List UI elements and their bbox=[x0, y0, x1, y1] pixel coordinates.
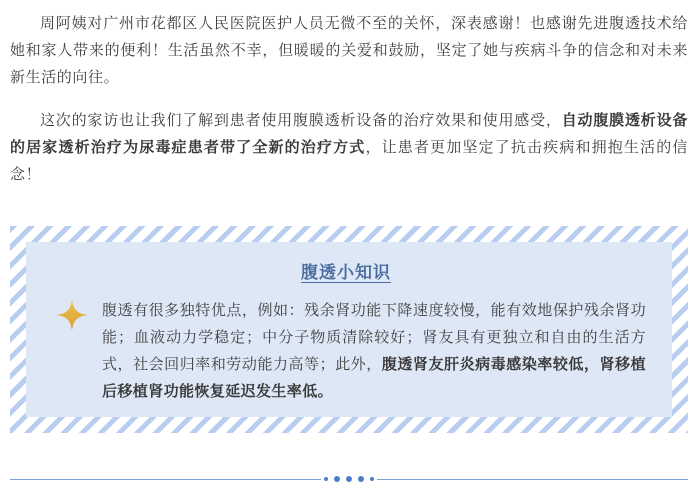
divider-dot bbox=[358, 476, 364, 482]
paragraph-1: 周阿姨对广州市花都区人民医院医护人员无微不至的关怀，深表感谢！也感谢先进腹透技术… bbox=[10, 10, 688, 91]
tip-box-title-text: 腹透小知识 bbox=[301, 263, 391, 282]
paragraph-1-text: 周阿姨对广州市花都区人民医院医护人员无微不至的关怀，深表感谢！也感谢先进腹透技术… bbox=[10, 15, 688, 86]
paragraph-2: 这次的家访也让我们了解到患者使用腹膜透析设备的治疗效果和使用感受，自动腹膜透析设… bbox=[10, 107, 688, 188]
divider-dot bbox=[324, 477, 328, 481]
paragraph-2-text-normal: 这次的家访也让我们了解到患者使用腹膜透析设备的治疗效果和使用感受， bbox=[40, 112, 562, 129]
divider-line-right bbox=[377, 479, 688, 480]
tip-box-text: 腹透有很多独特优点，例如：残余肾功能下降速度较慢，能有效地保护残余肾功能；血液动… bbox=[102, 297, 646, 405]
divider-dot bbox=[346, 476, 352, 482]
tip-box-content-row: 腹透有很多独特优点，例如：残余肾功能下降速度较慢，能有效地保护残余肾功能；血液动… bbox=[46, 297, 646, 405]
divider-dot bbox=[334, 476, 340, 482]
section-divider bbox=[10, 475, 688, 483]
article-page: 周阿姨对广州市花都区人民医院医护人员无微不至的关怀，深表感谢！也感谢先进腹透技术… bbox=[0, 0, 698, 491]
sparkle-star-icon bbox=[56, 299, 88, 331]
tip-box-striped-border: 腹透小知识 腹透有很多独特优点，例如：残余肾功能下降速度较慢，能有效地保护残余肾… bbox=[10, 226, 688, 433]
divider-dot bbox=[370, 477, 374, 481]
tip-box-title: 腹透小知识 bbox=[46, 258, 646, 283]
tip-box: 腹透小知识 腹透有很多独特优点，例如：残余肾功能下降速度较慢，能有效地保护残余肾… bbox=[26, 242, 672, 417]
divider-line-left bbox=[10, 479, 321, 480]
